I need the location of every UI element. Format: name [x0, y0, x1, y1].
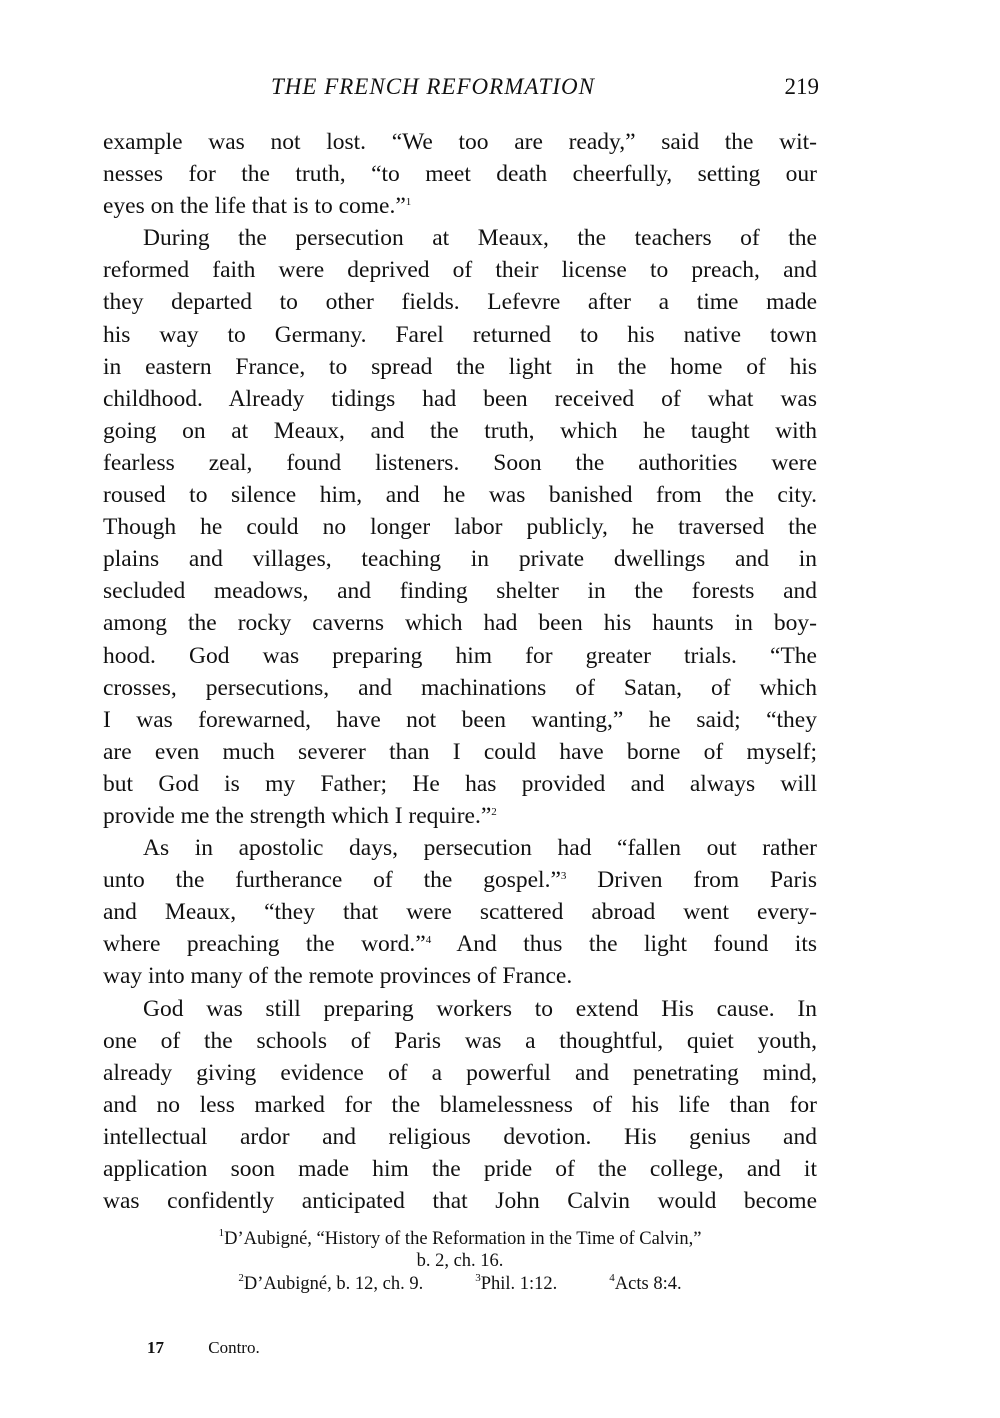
- line-text: Though he could no longer labor publicly…: [103, 514, 817, 540]
- line-text: secluded meadows, and finding shelter in…: [103, 578, 817, 604]
- line-text-tail: And thus the light found its: [431, 931, 817, 957]
- line-text: example was not lost. “We too are ready,…: [103, 129, 817, 155]
- text-line: nesses for the truth, “to meet death che…: [103, 158, 817, 190]
- text-line: among the rocky caverns which had been h…: [103, 607, 817, 639]
- line-text: intellectual ardor and religious devotio…: [103, 1124, 817, 1150]
- text-line: already giving evidence of a powerful an…: [103, 1057, 817, 1089]
- line-text: roused to silence him, and he was banish…: [103, 482, 817, 508]
- text-line: in eastern France, to spread the light i…: [103, 351, 817, 383]
- footnote-text: Phil. 1:12.: [481, 1274, 558, 1294]
- line-text: already giving evidence of a powerful an…: [103, 1060, 817, 1086]
- text-line: provide me the strength which I require.…: [103, 800, 817, 832]
- text-line: crosses, persecutions, and machinations …: [103, 672, 817, 704]
- signature-number: 17: [147, 1338, 164, 1357]
- footnote-text: Acts 8:4.: [615, 1274, 682, 1294]
- footnote-text: b. 2, ch. 16.: [417, 1251, 504, 1271]
- text-line: are even much severer than I could have …: [103, 736, 817, 768]
- line-text: provide me the strength which I require.…: [103, 803, 491, 829]
- text-line: eyes on the life that is to come.”1: [103, 190, 817, 222]
- line-text: eyes on the life that is to come.”: [103, 193, 406, 219]
- line-text: God was still preparing workers to exten…: [143, 996, 817, 1022]
- line-text: reformed faith were deprived of their li…: [103, 257, 817, 283]
- line-text: but God is my Father; He has provided an…: [103, 771, 817, 797]
- line-text: application soon made him the pride of t…: [103, 1156, 817, 1182]
- footnote-text: D’Aubigné, b. 12, ch. 9.: [244, 1274, 423, 1294]
- footnote-1-continued: b. 2, ch. 16.: [103, 1250, 817, 1272]
- text-line: application soon made him the pride of t…: [103, 1153, 817, 1185]
- text-line: unto the furtherance of the gospel.”3 Dr…: [103, 864, 817, 896]
- text-line: was confidently anticipated that John Ca…: [103, 1185, 817, 1217]
- text-line: God was still preparing workers to exten…: [103, 993, 817, 1025]
- text-line: As in apostolic days, persecution had “f…: [103, 832, 817, 864]
- line-text: fearless zeal, found listeners. Soon the…: [103, 450, 817, 476]
- line-text: As in apostolic days, persecution had “f…: [143, 835, 817, 861]
- running-title: THE FRENCH REFORMATION: [271, 74, 595, 100]
- line-text: hood. God was preparing him for greater …: [103, 643, 817, 669]
- text-line: hood. God was preparing him for greater …: [103, 640, 817, 672]
- text-line: roused to silence him, and he was banish…: [103, 479, 817, 511]
- line-text: During the persecution at Meaux, the tea…: [143, 225, 817, 251]
- text-line: one of the schools of Paris was a though…: [103, 1025, 817, 1057]
- body-text: example was not lost. “We too are ready,…: [103, 126, 817, 1217]
- line-text: I was forewarned, have not been wanting,…: [103, 707, 817, 733]
- footnotes: 1D’Aubigné, “History of the Reformation …: [103, 1228, 817, 1296]
- line-text: nesses for the truth, “to meet death che…: [103, 161, 817, 187]
- signature-label: Contro.: [208, 1338, 259, 1357]
- text-line: and no less marked for the blamelessness…: [103, 1089, 817, 1121]
- line-text: one of the schools of Paris was a though…: [103, 1028, 817, 1054]
- line-text: where preaching the word.”: [103, 931, 426, 957]
- footnote-reference: 2: [491, 806, 497, 818]
- line-text: in eastern France, to spread the light i…: [103, 354, 817, 380]
- text-line: but God is my Father; He has provided an…: [103, 768, 817, 800]
- text-line: his way to Germany. Farel returned to hi…: [103, 319, 817, 351]
- text-line: fearless zeal, found listeners. Soon the…: [103, 447, 817, 479]
- footnote-2: 2D’Aubigné, b. 12, ch. 9.: [238, 1272, 423, 1296]
- text-line: intellectual ardor and religious devotio…: [103, 1121, 817, 1153]
- text-line: example was not lost. “We too are ready,…: [103, 126, 817, 158]
- footnote-3: 3Phil. 1:12.: [475, 1272, 557, 1296]
- running-header: THE FRENCH REFORMATION 219: [103, 74, 819, 108]
- line-text: crosses, persecutions, and machinations …: [103, 675, 817, 701]
- text-line: reformed faith were deprived of their li…: [103, 254, 817, 286]
- line-text: way into many of the remote provinces of…: [103, 963, 572, 989]
- line-text: and Meaux, “they that were scattered abr…: [103, 899, 817, 925]
- text-line: going on at Meaux, and the truth, which …: [103, 415, 817, 447]
- text-line: where preaching the word.”4 And thus the…: [103, 928, 817, 960]
- text-line: Though he could no longer labor publicly…: [103, 511, 817, 543]
- line-text-tail: Driven from Paris: [566, 867, 817, 893]
- text-line: they departed to other fields. Lefevre a…: [103, 286, 817, 318]
- printer-signature: 17 Contro.: [147, 1338, 260, 1358]
- line-text: plains and villages, teaching in private…: [103, 546, 817, 572]
- line-text: they departed to other fields. Lefevre a…: [103, 289, 817, 315]
- line-text: was confidently anticipated that John Ca…: [103, 1188, 817, 1214]
- text-line: secluded meadows, and finding shelter in…: [103, 575, 817, 607]
- footnote-4: 4Acts 8:4.: [609, 1272, 681, 1296]
- line-text: his way to Germany. Farel returned to hi…: [103, 322, 817, 348]
- line-text: among the rocky caverns which had been h…: [103, 610, 817, 636]
- text-line: way into many of the remote provinces of…: [103, 960, 817, 992]
- line-text: unto the furtherance of the gospel.”: [103, 867, 561, 893]
- line-text: are even much severer than I could have …: [103, 739, 817, 765]
- footnote-reference: 1: [406, 196, 412, 208]
- footnote-1: 1D’Aubigné, “History of the Reformation …: [103, 1228, 817, 1250]
- text-line: childhood. Already tidings had been rece…: [103, 383, 817, 415]
- page-number: 219: [785, 74, 820, 100]
- text-line: I was forewarned, have not been wanting,…: [103, 704, 817, 736]
- text-line: and Meaux, “they that were scattered abr…: [103, 896, 817, 928]
- text-line: plains and villages, teaching in private…: [103, 543, 817, 575]
- line-text: and no less marked for the blamelessness…: [103, 1092, 817, 1118]
- footnote-row: 2D’Aubigné, b. 12, ch. 9. 3Phil. 1:12. 4…: [103, 1272, 817, 1296]
- text-line: During the persecution at Meaux, the tea…: [103, 222, 817, 254]
- footnote-text: D’Aubigné, “History of the Reformation i…: [224, 1229, 701, 1249]
- line-text: going on at Meaux, and the truth, which …: [103, 418, 817, 444]
- line-text: childhood. Already tidings had been rece…: [103, 386, 817, 412]
